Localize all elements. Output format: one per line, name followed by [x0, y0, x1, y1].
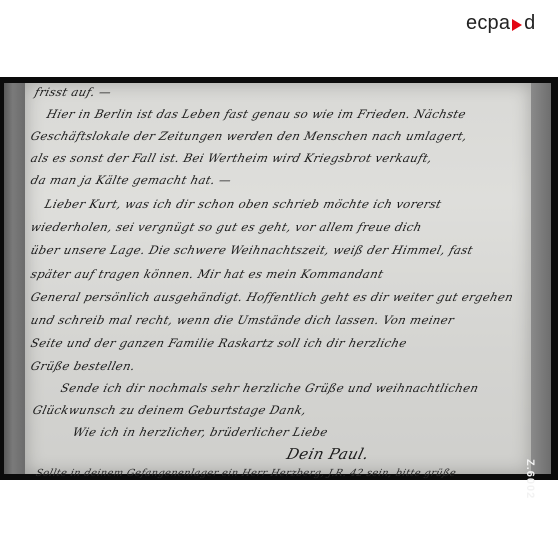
photo-plate: frisst auf. — Hier in Berlin ist das Leb… [0, 77, 558, 480]
letter-line: später auf tragen können. Mir hat es mei… [29, 267, 385, 281]
letter-line: frisst auf. — [33, 85, 113, 99]
letter-line: Glückwunsch zu deinem Geburtstage Dank, [31, 403, 308, 417]
letter-line: wiederholen, sei vergnügt so gut es geht… [29, 220, 423, 234]
logo-text-left: ecpa [466, 12, 510, 35]
letter-line: Lieber Kurt, was ich dir schon oben schr… [43, 197, 443, 211]
letter-line: Geschäftslokale der Zeitungen werden den… [29, 129, 469, 143]
plate-edge-left [4, 83, 26, 474]
letter-line: da man ja Kälte gemacht hat. — [29, 173, 233, 187]
letter-line: Hier in Berlin ist das Leben fast genau … [45, 107, 467, 121]
letter-line: über unsere Lage. Die schwere Weihnachts… [29, 243, 474, 257]
logo-text-right: d [524, 12, 535, 35]
letter-line: Sende ich dir nochmals sehr herzliche Gr… [59, 381, 480, 395]
play-triangle-icon [512, 19, 522, 31]
ecpad-logo: ecpa d [466, 12, 536, 35]
plate-number: Z.6002 [524, 459, 536, 499]
postscript-line: Sollte in deinem Gefangenenlager ein Her… [35, 468, 458, 479]
letter-line: Seite und der ganzen Familie Raskartz so… [29, 336, 408, 350]
signature: Dein Paul. [285, 445, 371, 463]
letter-paper: frisst auf. — Hier in Berlin ist das Leb… [25, 83, 531, 474]
letter-line: Wie ich in herzlicher, brüderlicher Lieb… [71, 425, 329, 439]
plate-edge-right [531, 83, 551, 474]
letter-line: General persönlich ausgehändigt. Hoffent… [29, 290, 515, 304]
letter-line: und schreib mal recht, wenn die Umstände… [29, 313, 456, 327]
letter-line: Grüße bestellen. [29, 359, 137, 373]
letter-line: als es sonst der Fall ist. Bei Wertheim … [29, 151, 434, 165]
